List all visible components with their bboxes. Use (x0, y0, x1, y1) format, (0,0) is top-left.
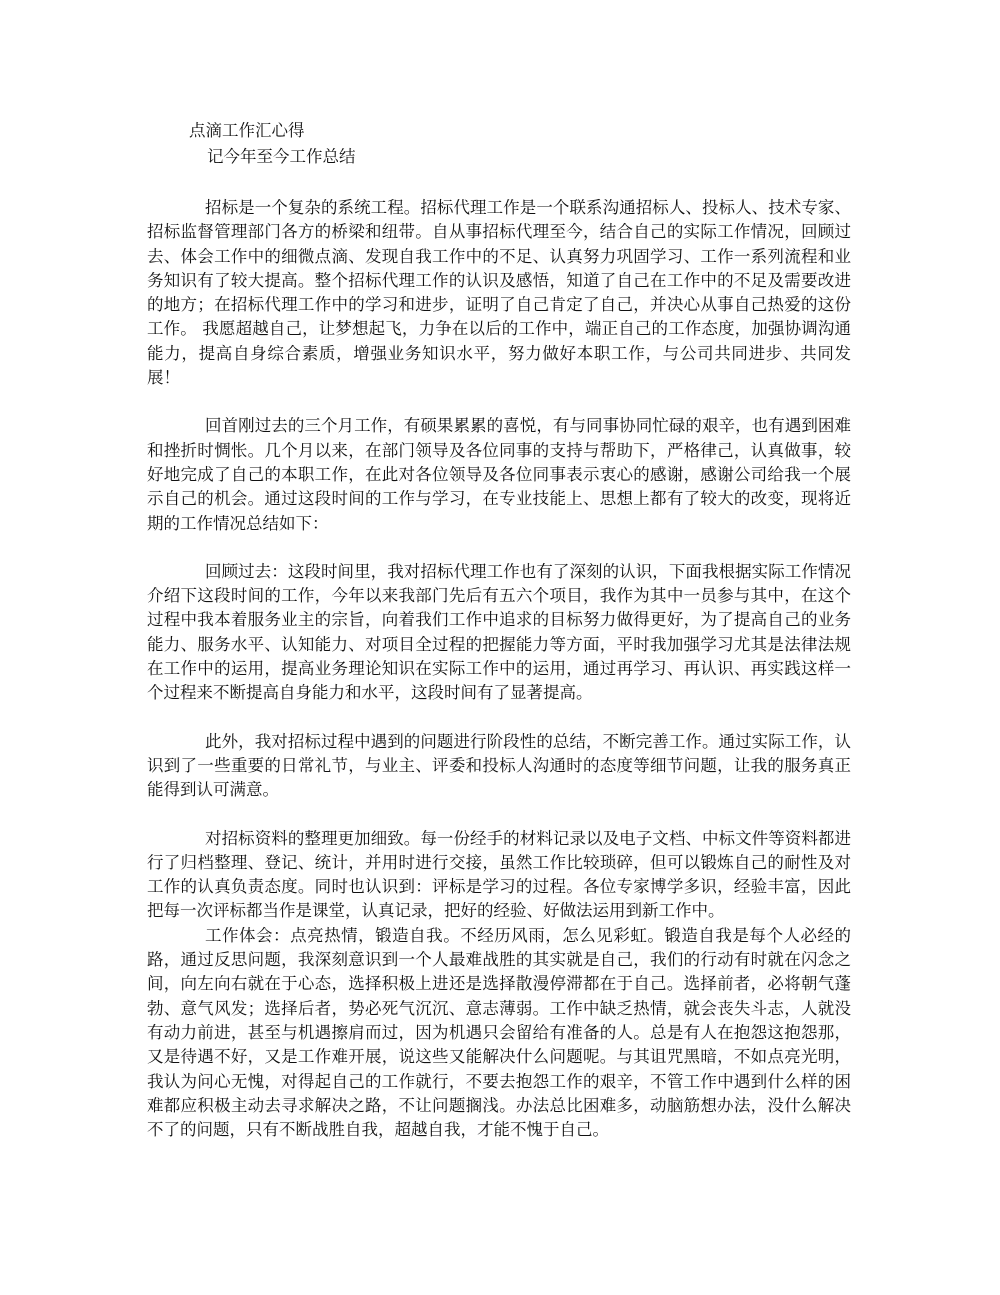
paragraph-work-experience: 工作体会：点亮热情，锻造自我。不经历风雨，怎么见彩虹。锻造自我是每个人必经的路，… (147, 924, 851, 1143)
document-page: 点滴工作汇心得 记今年至今工作总结 招标是一个复杂的系统工程。招标代理工作是一个… (147, 118, 851, 1142)
paragraph-intro: 招标是一个复杂的系统工程。招标代理工作是一个联系沟通招标人、投标人、技术专家、招… (147, 196, 851, 390)
paragraph-looking-back: 回顾过去：这段时间里，我对招标代理工作也有了深刻的认识，下面我根据实际工作情况介… (147, 560, 851, 706)
paragraph-review-three-months: 回首刚过去的三个月工作，有硕果累累的喜悦，有与同事协同忙碌的艰辛，也有遇到困难和… (147, 414, 851, 535)
document-title: 点滴工作汇心得 (147, 118, 851, 144)
paragraph-problem-summary: 此外，我对招标过程中遇到的问题进行阶段性的总结，不断完善工作。通过实际工作，认识… (147, 730, 851, 803)
document-subtitle: 记今年至今工作总结 (147, 144, 851, 170)
paragraph-document-organization: 对招标资料的整理更加细致。每一份经手的材料记录以及电子文档、中标文件等资料都进行… (147, 827, 851, 924)
